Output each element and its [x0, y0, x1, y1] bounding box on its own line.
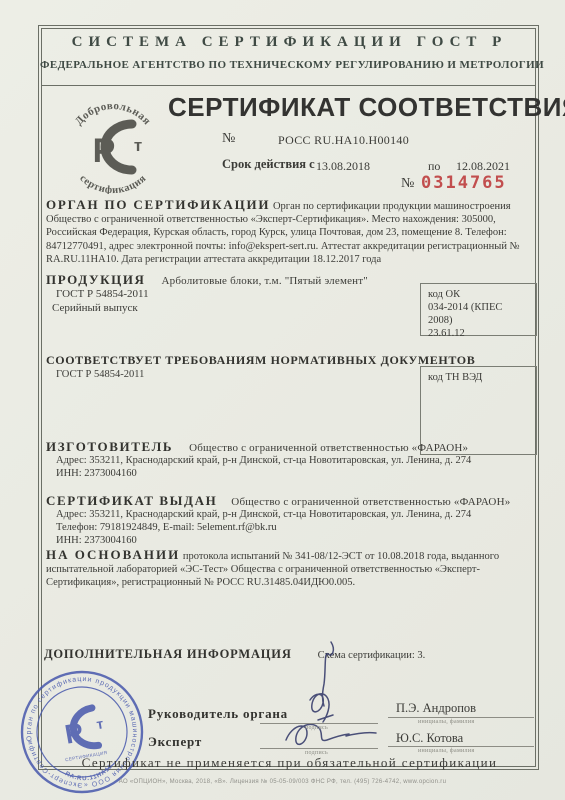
code-ok-value-1: 034-2014 (КПЕС 2008)	[428, 301, 529, 327]
logo-letter-t: т	[134, 136, 142, 155]
issued-to-address: Адрес: 353211, Краснодарский край, р-н Д…	[56, 509, 471, 520]
agency-title: ФЕДЕРАЛЬНОЕ АГЕНТСТВО ПО ТЕХНИЧЕСКОМУ РЕ…	[40, 59, 539, 71]
expert-label: Эксперт	[148, 734, 202, 750]
issued-to-row: СЕРТИФИКАТ ВЫДАН Общество с ограниченной…	[46, 492, 510, 510]
basis-label: НА ОСНОВАНИИ	[46, 547, 180, 562]
manufacturer-address: Адрес: 353211, Краснодарский край, р-н Д…	[56, 455, 471, 466]
head-name-line	[388, 717, 534, 718]
certification-body-label: ОРГАН ПО СЕРТИФИКАЦИИ	[46, 197, 270, 212]
certification-body-section: ОРГАН ПО СЕРТИФИКАЦИИ Орган по сертифика…	[46, 198, 538, 266]
svg-text:сертификация: сертификация	[77, 173, 148, 194]
product-label: ПРОДУКЦИЯ	[46, 272, 146, 287]
rst-mark-icon: Р т	[93, 124, 143, 170]
printer-imprint: АО «ОПЦИОН», Москва, 2018, «В». Лицензия…	[0, 779, 565, 785]
expert-name-line	[388, 746, 534, 747]
head-name: П.Э. Андропов	[396, 701, 476, 716]
product-row: ПРОДУКЦИЯ Арболитовые блоки, т.м. "Пятый…	[46, 271, 368, 289]
stamp-rst-mark-icon: Р т	[61, 706, 107, 750]
cert-system-title: СИСТЕМА СЕРТИФИКАЦИИ ГОСТ Р	[40, 34, 539, 51]
header-divider	[41, 85, 536, 86]
product-gost: ГОСТ Р 54854-2011	[56, 288, 149, 300]
validity-label: Срок действия с	[222, 157, 315, 172]
code-ok-value-2: 23.61.12	[428, 327, 529, 340]
conformity-label: СООТВЕТСТВУЕТ ТРЕБОВАНИЯМ НОРМАТИВНЫХ ДО…	[46, 353, 475, 368]
signature-stroke-upper	[323, 642, 334, 706]
head-name-caption: инициалы, фамилия	[418, 719, 474, 725]
logo-top-text: Добровольная	[73, 100, 153, 127]
basis-section: НА ОСНОВАНИИ протокола испытаний № 341-0…	[46, 548, 516, 590]
expert-signature-line	[260, 748, 378, 749]
manufacturer-inn: ИНН: 2373004160	[56, 468, 137, 479]
manufacturer-label: ИЗГОТОВИТЕЛЬ	[46, 439, 173, 454]
logo-letter-p: Р	[93, 132, 116, 170]
svg-text:Добровольная: Добровольная	[73, 100, 153, 127]
issued-to-inn: ИНН: 2373004160	[56, 535, 137, 546]
certificate-title: СЕРТИФИКАТ СООТВЕТСТВИЯ	[168, 92, 565, 123]
rst-voluntary-logo: Добровольная сертификация Р т	[52, 88, 174, 194]
head-signature-caption: подпись	[305, 725, 328, 731]
product-name: Арболитовые блоки, т.м. "Пятый элемент"	[162, 275, 368, 287]
expert-name-caption: инициалы, фамилия	[418, 748, 474, 754]
valid-to-label: по	[428, 159, 440, 174]
conformity-gost: ГОСТ Р 54854-2011	[56, 369, 144, 380]
issued-to-label: СЕРТИФИКАТ ВЫДАН	[46, 493, 217, 508]
signature-expert	[286, 724, 376, 744]
certificate-page: СИСТЕМА СЕРТИФИКАЦИИ ГОСТ Р ФЕДЕРАЛЬНОЕ …	[0, 0, 565, 800]
handwritten-signatures	[252, 636, 402, 762]
product-issue-type: Серийный выпуск	[52, 302, 138, 314]
signature-head	[310, 694, 333, 722]
issued-to-phone: Телефон: 79181924849, E-mail: 5element.r…	[56, 522, 277, 533]
stamp-letter-p: Р	[63, 717, 86, 750]
reg-number-label: №	[222, 131, 235, 147]
valid-to-date: 12.08.2021	[456, 159, 510, 174]
blank-number: 0314765	[421, 173, 507, 193]
code-tnved-label: код ТН ВЭД	[428, 371, 529, 384]
expert-name: Ю.С. Котова	[396, 731, 463, 746]
valid-from-date: 13.08.2018	[316, 159, 370, 174]
code-ok-box: код ОК 034-2014 (КПЕС 2008) 23.61.12	[420, 283, 537, 336]
manufacturer-row: ИЗГОТОВИТЕЛЬ Общество с ограниченной отв…	[46, 438, 468, 456]
code-ok-label: код ОК	[428, 288, 529, 301]
manufacturer-name: Общество с ограниченной ответственностью…	[189, 442, 468, 454]
head-signature-line	[260, 723, 378, 724]
mandatory-certification-note: Сертификат не применяется при обязательн…	[41, 755, 538, 771]
issued-to-name: Общество с ограниченной ответственностью…	[231, 496, 510, 508]
reg-number: РОСС RU.HA10.H00140	[278, 133, 409, 148]
head-of-body-label: Руководитель органа	[148, 706, 288, 722]
stamp-letter-t: т	[95, 715, 105, 732]
blank-number-label: №	[401, 176, 414, 192]
logo-bottom-text: сертификация	[77, 173, 148, 194]
